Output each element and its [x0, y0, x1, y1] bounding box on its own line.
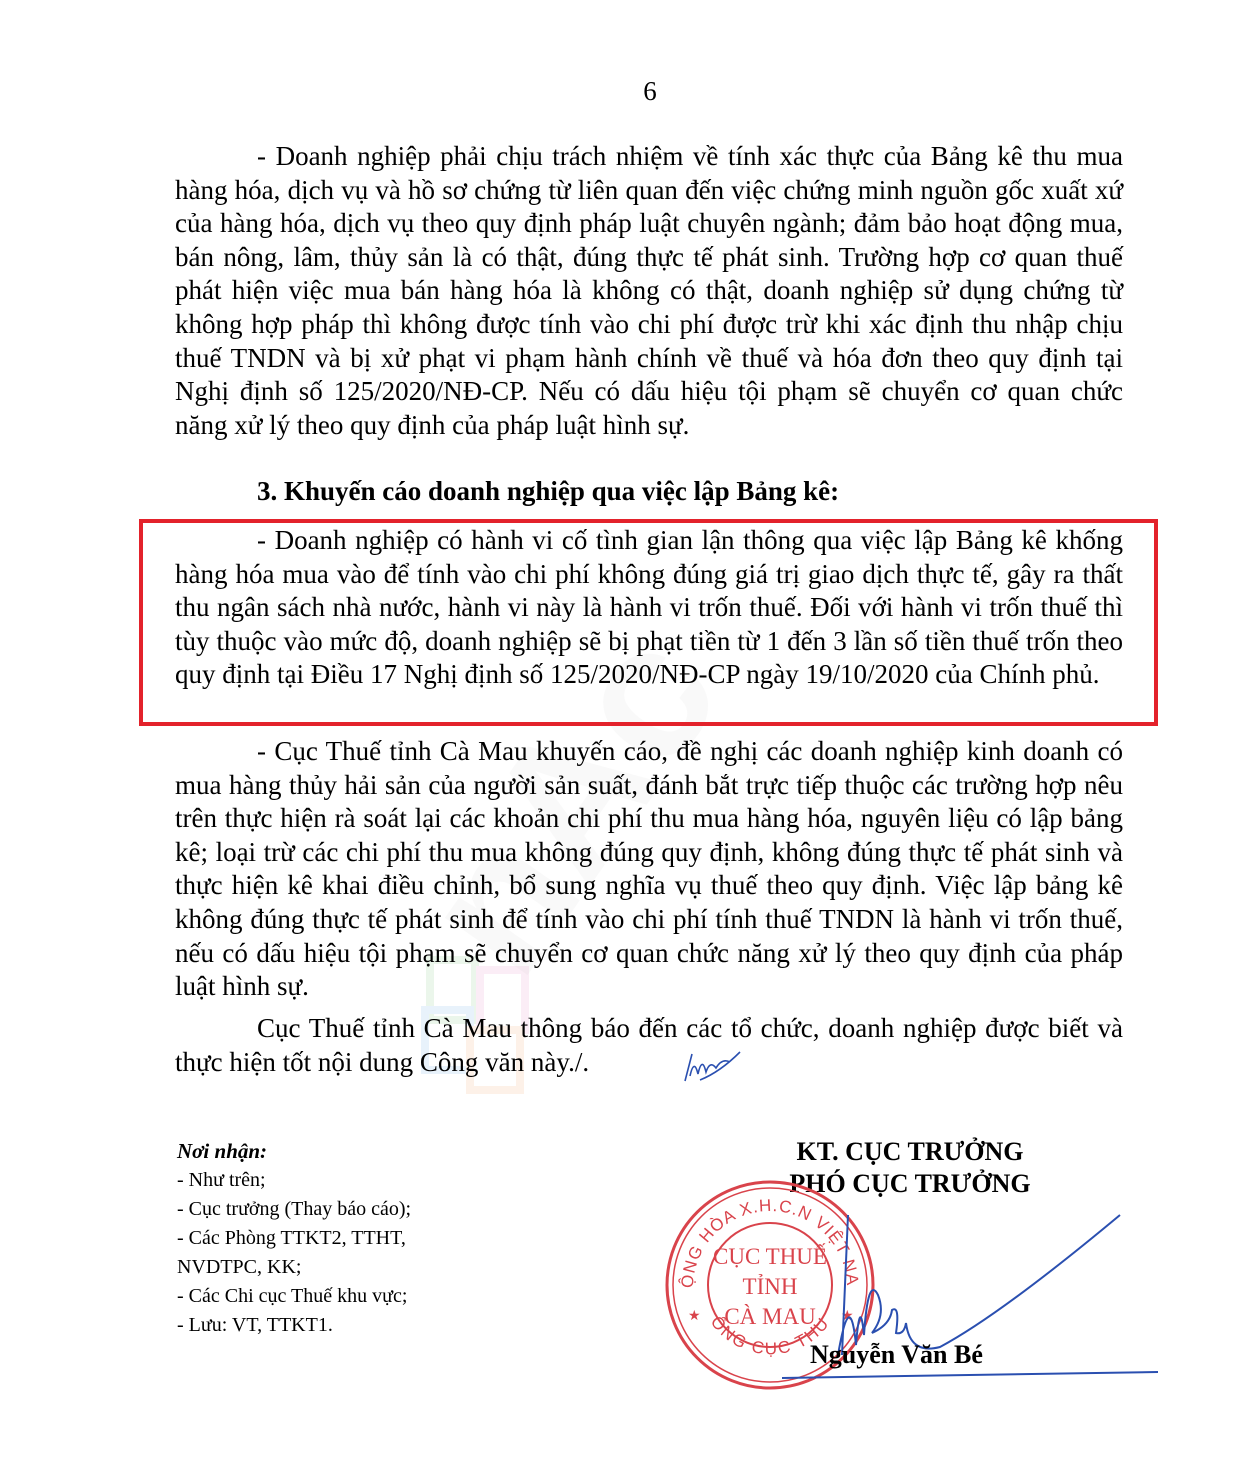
- initial-signature-icon: [680, 1046, 750, 1086]
- signature-underline-icon: [780, 1370, 1160, 1382]
- recipients-title: Nơi nhận:: [177, 1137, 411, 1166]
- section-heading: 3. Khuyến cáo doanh nghiệp qua việc lập …: [257, 475, 839, 509]
- signer-title-line1: KT. CỤC TRƯỞNG: [770, 1136, 1050, 1168]
- paragraph-text: - Doanh nghiệp phải chịu trách nhiệm về …: [175, 140, 1123, 442]
- recipient-item: NVDTPC, KK;: [177, 1253, 411, 1282]
- paragraph-highlighted: - Doanh nghiệp có hành vi cố tình gian l…: [175, 524, 1123, 692]
- recipient-item: - Cục trưởng (Thay báo cáo);: [177, 1195, 411, 1224]
- paragraph-closing: Cục Thuế tỉnh Cà Mau thông báo đến các t…: [175, 1012, 1123, 1079]
- recipient-item: - Các Chi cục Thuế khu vực;: [177, 1282, 411, 1311]
- paragraph-recommendation: - Cục Thuế tỉnh Cà Mau khuyến cáo, đề ng…: [175, 735, 1123, 1004]
- recipient-item: - Lưu: VT, TTKT1.: [177, 1311, 411, 1340]
- page-number: 6: [0, 76, 1241, 107]
- stamp-center-line3: CÀ MAU: [724, 1304, 816, 1329]
- stamp-center-line2: TỈNH: [743, 1274, 798, 1299]
- paragraph-text: Cục Thuế tỉnh Cà Mau thông báo đến các t…: [175, 1012, 1123, 1079]
- paragraph-responsibility: - Doanh nghiệp phải chịu trách nhiệm về …: [175, 140, 1123, 442]
- recipients-block: Nơi nhận: - Như trên; - Cục trưởng (Thay…: [177, 1137, 411, 1340]
- paragraph-text: - Doanh nghiệp có hành vi cố tình gian l…: [175, 524, 1123, 692]
- recipient-item: - Như trên;: [177, 1166, 411, 1195]
- recipient-item: - Các Phòng TTKT2, TTHT,: [177, 1224, 411, 1253]
- stamp-center-line1: CỤC THUẾ: [713, 1243, 827, 1269]
- signer-name: Nguyễn Văn Bé: [810, 1340, 983, 1370]
- paragraph-text: - Cục Thuế tỉnh Cà Mau khuyến cáo, đề ng…: [175, 735, 1123, 1004]
- svg-text:★: ★: [688, 1309, 701, 1324]
